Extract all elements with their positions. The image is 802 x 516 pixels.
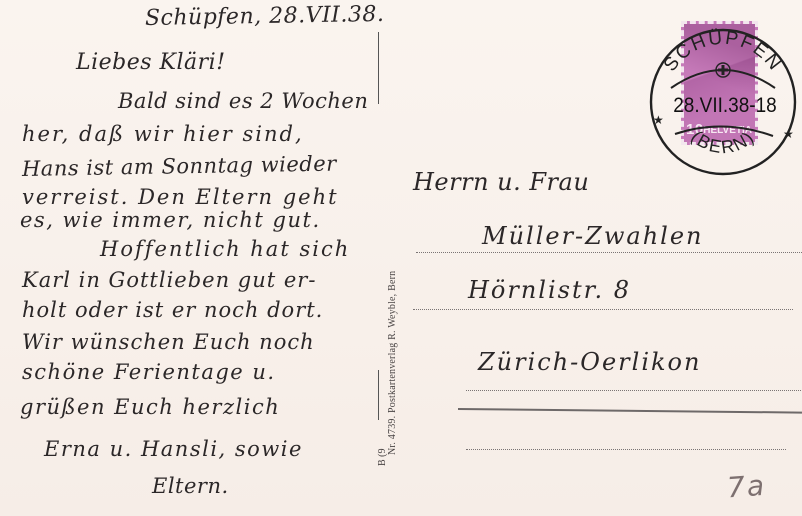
address-underline <box>458 408 802 414</box>
postmark-date: 28.VII.38-18 <box>673 94 776 117</box>
message-line-6: Hoffentlich hat sich <box>100 237 350 261</box>
series-code: B (9 <box>377 449 388 467</box>
message-line-3: Hans ist am Sonntag wieder <box>22 152 337 181</box>
message-line-2: her, daß wir hier sind, <box>22 122 304 146</box>
message-line-7: Karl in Gottlieben gut er- <box>22 268 316 292</box>
message-line-12: Erna u. Hansli, sowie <box>44 437 303 461</box>
message-line-8: holt oder ist er noch dort. <box>22 298 323 322</box>
printer-imprint: Nr. 4739. Postkartenverlag R. Weyble, Be… <box>387 271 398 455</box>
message-line-13: Eltern. <box>152 474 229 498</box>
address-line-3: Hörnlistr. 8 <box>468 276 631 304</box>
pencil-note: 7a <box>726 469 767 505</box>
address-dotted-line-1 <box>416 252 802 253</box>
place-date: Schüpfen, 28.VII.38. <box>145 2 385 31</box>
divider-bottom <box>378 370 379 420</box>
salutation: Liebes Kläri! <box>76 50 226 75</box>
postcard-back: Schüpfen, 28.VII.38. Liebes Kläri! Bald … <box>0 0 802 516</box>
address-dotted-line-2 <box>413 309 793 310</box>
address-dotted-line-4 <box>466 449 786 450</box>
address-line-2: Müller-Zwahlen <box>482 222 704 250</box>
address-line-1: Herrn u. Frau <box>413 168 589 196</box>
postmark-icon: SCHÜPFEN (BERN) 28.VII.38-18 ★ ★ <box>645 22 801 182</box>
svg-text:★: ★ <box>653 113 664 127</box>
postmark-region: (BERN) <box>687 127 758 158</box>
divider-top <box>378 32 379 104</box>
message-line-1: Bald sind es 2 Wochen <box>118 89 368 113</box>
address-line-4: Zürich-Oerlikon <box>478 348 701 376</box>
svg-text:★: ★ <box>783 127 794 141</box>
svg-text:(BERN): (BERN) <box>687 127 758 158</box>
message-line-9: Wir wünschen Euch noch <box>22 330 315 354</box>
message-line-11: grüßen Euch herzlich <box>20 395 280 419</box>
swiss-cross-icon <box>716 63 730 77</box>
message-line-5: es, wie immer, nicht gut. <box>20 208 321 232</box>
message-line-4: verreist. Den Eltern geht <box>22 185 339 209</box>
message-line-10: schöne Ferientage u. <box>22 360 276 384</box>
address-dotted-line-3 <box>466 390 801 391</box>
